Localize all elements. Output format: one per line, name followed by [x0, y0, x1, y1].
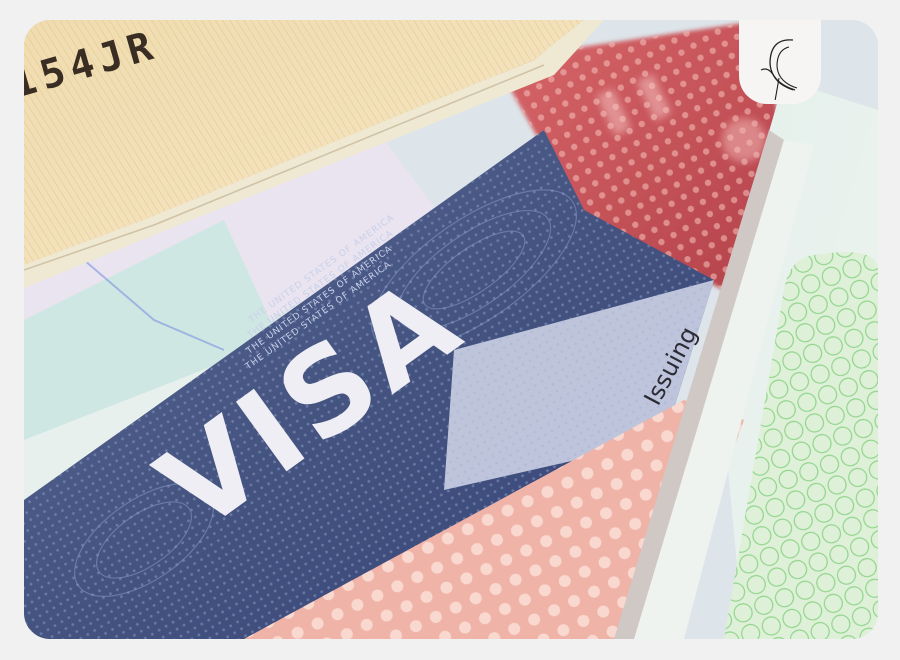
crescent-bird-logo-icon — [753, 20, 809, 100]
brand-logo-tab[interactable] — [739, 20, 821, 104]
photo-frame: THE UNITED STATES OF AMERICA THE UNITED … — [24, 20, 878, 639]
visa-passport-photo: THE UNITED STATES OF AMERICA THE UNITED … — [24, 20, 878, 639]
